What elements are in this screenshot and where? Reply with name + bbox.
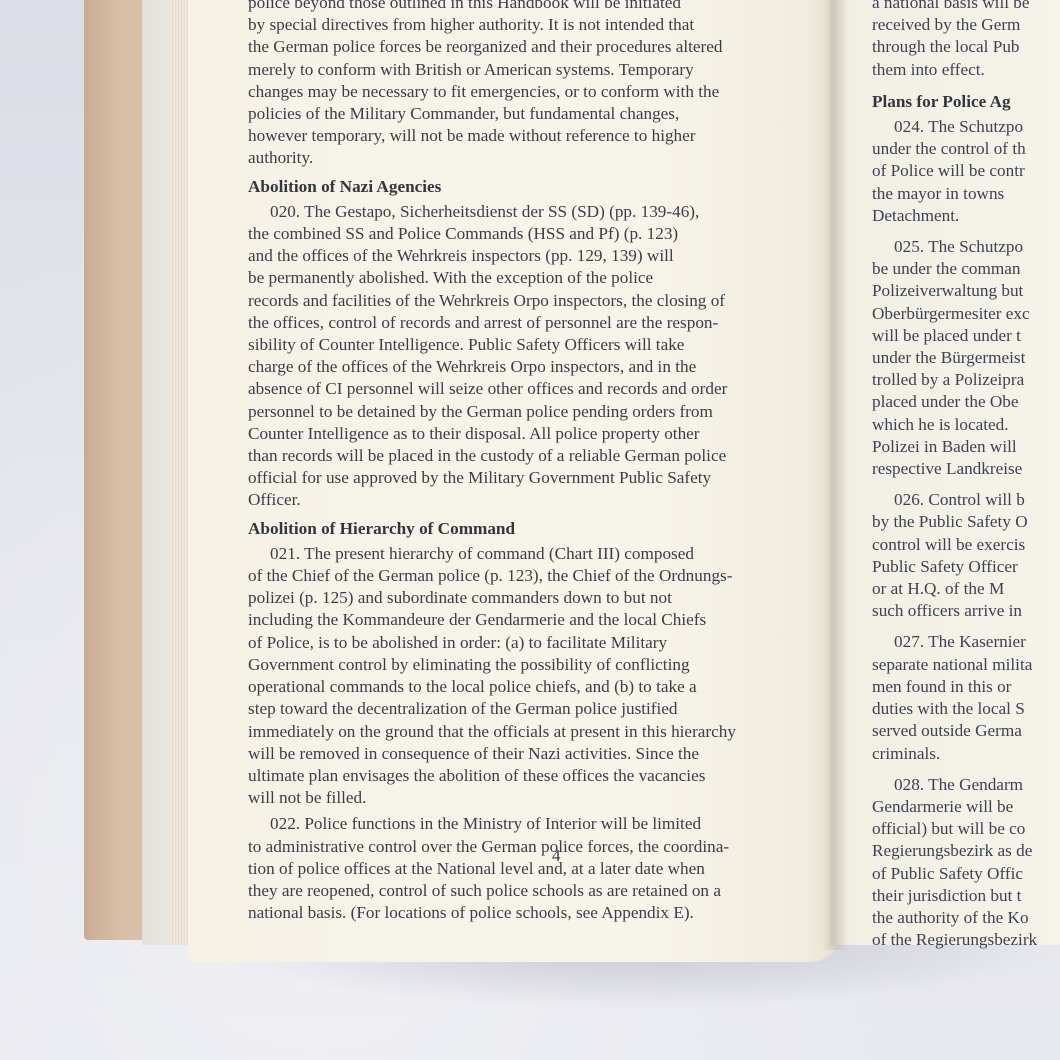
text-line: police beyond those outlined in this Han…	[248, 0, 828, 14]
text-line: which he is located.	[872, 414, 1060, 436]
text-line: control will be exercis	[872, 534, 1060, 556]
text-line: of the Chief of the German police (p. 12…	[248, 565, 828, 587]
intro-paragraph: a national basis will be received by the…	[872, 0, 1060, 81]
text-line: them into effect.	[872, 59, 1060, 81]
text-line: than records will be placed in the custo…	[248, 445, 828, 467]
text-line: of Police will be contr	[872, 160, 1060, 182]
text-line: Detachment.	[872, 205, 1060, 227]
text-line: authority.	[248, 147, 828, 169]
section-heading: Abolition of Nazi Agencies	[248, 176, 828, 198]
text-line: 025. The Schutzpo	[894, 236, 1060, 258]
text-line: Counter Intelligence as to their disposa…	[248, 423, 828, 445]
text-line: 021. The present hierarchy of command (C…	[270, 543, 828, 565]
text-line: personnel to be detained by the German p…	[248, 401, 828, 423]
text-line: the offices, control of records and arre…	[248, 312, 828, 334]
text-line: absence of CI personnel will seize other…	[248, 378, 828, 400]
text-line: 022. Police functions in the Ministry of…	[270, 813, 828, 835]
page-number: 4	[552, 846, 561, 866]
text-line: including the Kommandeure der Gendarmeri…	[248, 609, 828, 631]
text-line: step toward the decentralization of the …	[248, 698, 828, 720]
text-line: records and facilities of the Wehrkreis …	[248, 290, 828, 312]
text-line: 024. The Schutzpo	[894, 116, 1060, 138]
text-line: Polizeiverwaltung but	[872, 280, 1060, 302]
text-line: through the local Pub	[872, 36, 1060, 58]
text-line: Oberbürgermesiter exc	[872, 303, 1060, 325]
text-line: changes may be necessary to fit emergenc…	[248, 81, 828, 103]
text-line: or at H.Q. of the M	[872, 578, 1060, 600]
text-line: duties with the local S	[872, 698, 1060, 720]
text-line: operational commands to the local police…	[248, 676, 828, 698]
text-line: sibility of Counter Intelligence. Public…	[248, 334, 828, 356]
section-heading: Plans for Police Ag	[872, 91, 1060, 113]
text-line: by special directives from higher author…	[248, 14, 828, 36]
paragraph-021: 021. The present hierarchy of command (C…	[248, 543, 828, 809]
text-line: Officer.	[248, 489, 828, 511]
paragraph-028: 028. The Gendarm Gendarmerie will be off…	[872, 774, 1060, 952]
paragraph-026: 026. Control will b by the Public Safety…	[872, 489, 1060, 622]
text-line: ultimate plan envisages the abolition of…	[248, 765, 828, 787]
paragraph-025: 025. The Schutzpo be under the comman Po…	[872, 236, 1060, 480]
text-line: separate national milita	[872, 654, 1060, 676]
text-line: of the Regierungsbezirk	[872, 929, 1060, 951]
text-line: a national basis will be	[872, 0, 1060, 14]
text-line: under the Bürgermeist	[872, 347, 1060, 369]
text-line: 026. Control will b	[894, 489, 1060, 511]
text-line: be permanently abolished. With the excep…	[248, 267, 828, 289]
intro-paragraph: police beyond those outlined in this Han…	[248, 0, 828, 170]
text-line: 027. The Kasernier	[894, 631, 1060, 653]
text-line: official for use approved by the Militar…	[248, 467, 828, 489]
text-line: will not be filled.	[248, 787, 828, 809]
paragraph-024: 024. The Schutzpo under the control of t…	[872, 116, 1060, 227]
text-line: 020. The Gestapo, Sicherheitsdienst der …	[270, 201, 828, 223]
text-line: immediately on the ground that the offic…	[248, 721, 828, 743]
text-line: received by the Germ	[872, 14, 1060, 36]
text-line: tion of police offices at the National l…	[248, 858, 828, 880]
text-line: trolled by a Polizeipra	[872, 369, 1060, 391]
left-page-text: police beyond those outlined in this Han…	[248, 0, 828, 924]
text-line: will be placed under t	[872, 325, 1060, 347]
text-line: such officers arrive in	[872, 600, 1060, 622]
text-line: official) but will be co	[872, 818, 1060, 840]
text-line: placed under the Obe	[872, 391, 1060, 413]
text-line: Polizei in Baden will	[872, 436, 1060, 458]
text-line: they are reopened, control of such polic…	[248, 880, 828, 902]
text-line: national basis. (For locations of police…	[248, 902, 828, 924]
text-line: men found in this or	[872, 676, 1060, 698]
text-line: of Police, is to be abolished in order: …	[248, 632, 828, 654]
text-line: the combined SS and Police Commands (HSS…	[248, 223, 828, 245]
text-line: be under the comman	[872, 258, 1060, 280]
text-line: Public Safety Officer	[872, 556, 1060, 578]
text-line: Regierungsbezirk as de	[872, 840, 1060, 862]
text-line: will be removed in consequence of their …	[248, 743, 828, 765]
text-line: criminals.	[872, 743, 1060, 765]
text-line: the German police forces be reorganized …	[248, 36, 828, 58]
paragraph-022: 022. Police functions in the Ministry of…	[248, 813, 828, 924]
text-line: charge of the offices of the Wehrkreis O…	[248, 356, 828, 378]
text-line: the mayor in towns	[872, 183, 1060, 205]
text-line: merely to conform with British or Americ…	[248, 59, 828, 81]
right-page-text: a national basis will be received by the…	[872, 0, 1060, 951]
text-line: 028. The Gendarm	[894, 774, 1060, 796]
text-line: their jurisdiction but t	[872, 885, 1060, 907]
text-line: policies of the Military Commander, but …	[248, 103, 828, 125]
text-line: Gendarmerie will be	[872, 796, 1060, 818]
text-line: of Public Safety Offic	[872, 863, 1060, 885]
paragraph-027: 027. The Kasernier separate national mil…	[872, 631, 1060, 764]
text-line: Government control by eliminating the po…	[248, 654, 828, 676]
text-line: the authority of the Ko	[872, 907, 1060, 929]
text-line: to administrative control over the Germa…	[248, 836, 828, 858]
text-line: respective Landkreise	[872, 458, 1060, 480]
text-line: polizei (p. 125) and subordinate command…	[248, 587, 828, 609]
text-line: and the offices of the Wehrkreis inspect…	[248, 245, 828, 267]
text-line: by the Public Safety O	[872, 511, 1060, 533]
text-line: served outside Germa	[872, 720, 1060, 742]
text-line: however temporary, will not be made with…	[248, 125, 828, 147]
text-line: under the control of th	[872, 138, 1060, 160]
paragraph-020: 020. The Gestapo, Sicherheitsdienst der …	[248, 201, 828, 512]
section-heading: Abolition of Hierarchy of Command	[248, 518, 828, 540]
